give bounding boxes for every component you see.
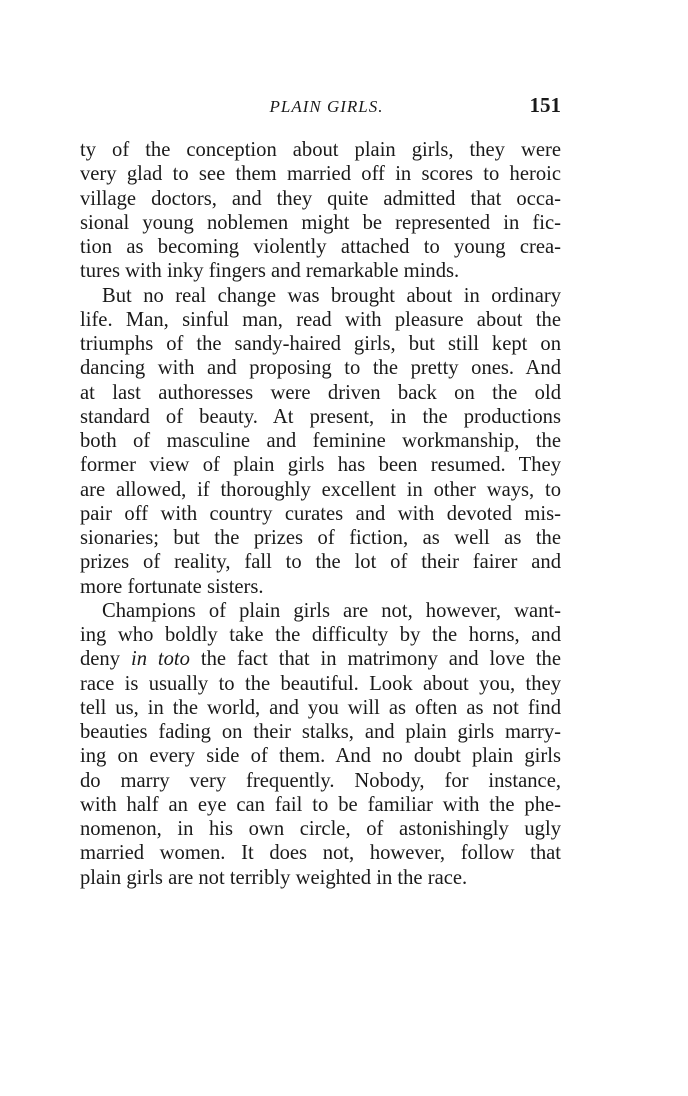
text-line: nomenon, in his own circle, of astonishi… <box>80 817 561 841</box>
text-line: tion as becoming violently attached to y… <box>80 235 561 259</box>
text-line: at last authoresses were driven back on … <box>80 381 561 405</box>
paragraph: Champions of plain girls are not, howeve… <box>80 599 561 890</box>
body-text: ty of the conception about plain girls, … <box>80 138 561 890</box>
text-line: sional young noblemen might be represent… <box>80 211 561 235</box>
text-line: ty of the conception about plain girls, … <box>80 138 561 162</box>
text-line: do marry very frequently. Nobody, for in… <box>80 769 561 793</box>
text-line: life. Man, sinful man, read with pleasur… <box>80 308 561 332</box>
text-line: with half an eye can fail to be familiar… <box>80 793 561 817</box>
text-line: married women. It does not, however, fol… <box>80 841 561 865</box>
text-line: pair off with country curates and with d… <box>80 502 561 526</box>
text-line: standard of beauty. At present, in the p… <box>80 405 561 429</box>
text-line: beauties fading on their stalks, and pla… <box>80 720 561 744</box>
text-line: are allowed, if thoroughly excellent in … <box>80 478 561 502</box>
text-line: village doctors, and they quite admitted… <box>80 187 561 211</box>
text-line: more fortunate sisters. <box>80 575 561 599</box>
running-title: PLAIN GIRLS. <box>80 97 561 117</box>
text-line: prizes of reality, fall to the lot of th… <box>80 550 561 574</box>
text-line: former view of plain girls has been resu… <box>80 453 561 477</box>
text-line: Champions of plain girls are not, howeve… <box>80 599 561 623</box>
text-line: tures with inky fingers and remarkable m… <box>80 259 561 283</box>
text-line: triumphs of the sandy-haired girls, but … <box>80 332 561 356</box>
book-page: PLAIN GIRLS. 151 ty of the conception ab… <box>0 0 688 1096</box>
text-line: both of masculine and feminine workmansh… <box>80 429 561 453</box>
text-line: plain girls are not terribly weighted in… <box>80 866 561 890</box>
text-line: tell us, in the world, and you will as o… <box>80 696 561 720</box>
text-line: ing who boldly take the difficulty by th… <box>80 623 561 647</box>
running-head: PLAIN GIRLS. 151 <box>80 92 561 122</box>
paragraph: ty of the conception about plain girls, … <box>80 138 561 284</box>
text-line: dancing with and proposing to the pretty… <box>80 356 561 380</box>
text-line: deny in toto the fact that in matrimony … <box>80 647 561 671</box>
text-line: race is usually to the beautiful. Look a… <box>80 672 561 696</box>
text-line: ing on every side of them. And no doubt … <box>80 744 561 768</box>
paragraph: But no real change was brought about in … <box>80 284 561 599</box>
text-line: sionaries; but the prizes of fiction, as… <box>80 526 561 550</box>
italic-phrase: in toto <box>131 648 190 670</box>
page-number: 151 <box>530 93 562 118</box>
text-line: But no real change was brought about in … <box>80 284 561 308</box>
text-line: very glad to see them married off in sco… <box>80 162 561 186</box>
